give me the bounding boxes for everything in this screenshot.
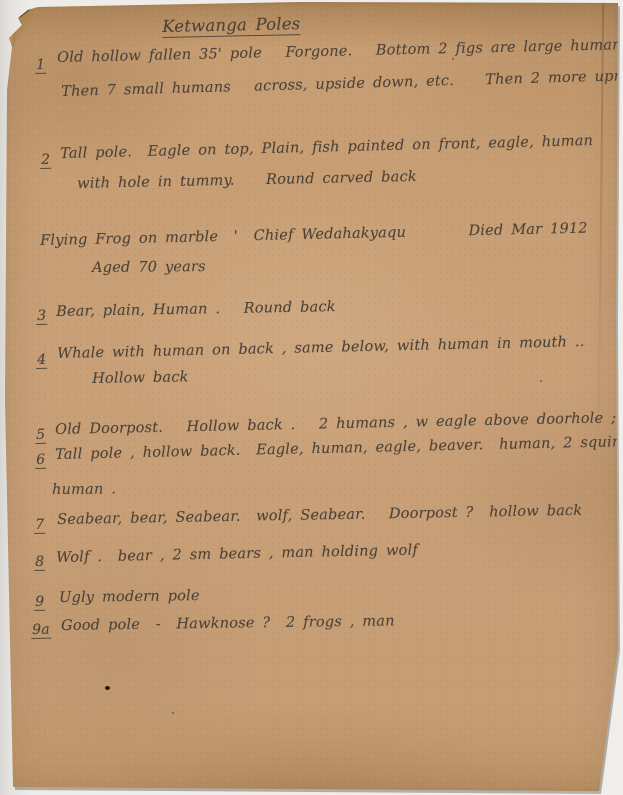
entry-number: 9a bbox=[31, 622, 51, 639]
note-line: with hole in tummy. Round carved back bbox=[77, 169, 417, 192]
note-line: Hollow back bbox=[92, 369, 189, 387]
paper-sheet: Ketwanga Poles 1 Old hollow fallen 35' p… bbox=[0, 0, 623, 795]
entry-number-label: 8 bbox=[34, 554, 45, 571]
note-line: Wolf . bear , 2 sm bears , man holding w… bbox=[56, 542, 418, 566]
paper-speck bbox=[540, 380, 542, 382]
note-line: Whale with human on back , same below, w… bbox=[57, 334, 585, 362]
entry-number-label: 3 bbox=[36, 308, 47, 325]
note-line: Tall pole. Eagle on top, Plain, fish pai… bbox=[60, 133, 593, 162]
entry-number: 6 bbox=[35, 452, 46, 469]
entry-number: 2 bbox=[40, 152, 51, 169]
vertical-crease bbox=[598, 0, 605, 430]
note-line: Good pole - Hawknose ? 2 frogs , man bbox=[61, 613, 395, 634]
entry-number-label: 1 bbox=[35, 57, 46, 74]
entry-number: 3 bbox=[36, 308, 47, 325]
entry-number: 9 bbox=[34, 594, 45, 611]
entry-number-label: 7 bbox=[34, 517, 45, 534]
note-line: Seabear, bear, Seabear. wolf, Seabear. D… bbox=[57, 503, 582, 528]
note-line: Old Doorpost. Hollow back . 2 humans , w… bbox=[55, 410, 616, 438]
page-title: Ketwanga Poles bbox=[162, 14, 301, 38]
note-line: Ugly modern pole bbox=[59, 588, 200, 606]
note-line: human . bbox=[52, 481, 116, 498]
scanned-page: Ketwanga Poles 1 Old hollow fallen 35' p… bbox=[0, 0, 623, 795]
note-line: Then 7 small humans across, upside down,… bbox=[61, 68, 623, 100]
note-line: Flying Frog on marble ' Chief Wedahakyaq… bbox=[40, 221, 588, 249]
entry-number: 4 bbox=[36, 352, 47, 369]
note-line: Aged 70 years bbox=[92, 259, 206, 276]
entry-number-label: 9 bbox=[34, 594, 45, 611]
note-line: Tall pole , hollow back. Eagle, human, e… bbox=[55, 434, 623, 463]
ink-dot bbox=[105, 686, 110, 690]
paper-speck bbox=[172, 712, 174, 714]
entry-number: 1 bbox=[35, 57, 46, 74]
entry-number-label: 5 bbox=[35, 427, 46, 444]
entry-number-label: 9a bbox=[31, 622, 51, 639]
entry-number-label: 4 bbox=[36, 352, 47, 369]
entry-number-label: 2 bbox=[40, 152, 51, 169]
note-line: Old hollow fallen 35' pole Forgone. Bott… bbox=[57, 37, 623, 66]
paper-speck bbox=[452, 58, 454, 60]
entry-number: 5 bbox=[35, 427, 46, 444]
entry-number: 8 bbox=[34, 554, 45, 571]
entry-number: 7 bbox=[34, 517, 45, 534]
entry-number-label: 6 bbox=[35, 452, 46, 469]
note-line: Bear, plain, Human . Round back bbox=[56, 299, 336, 320]
